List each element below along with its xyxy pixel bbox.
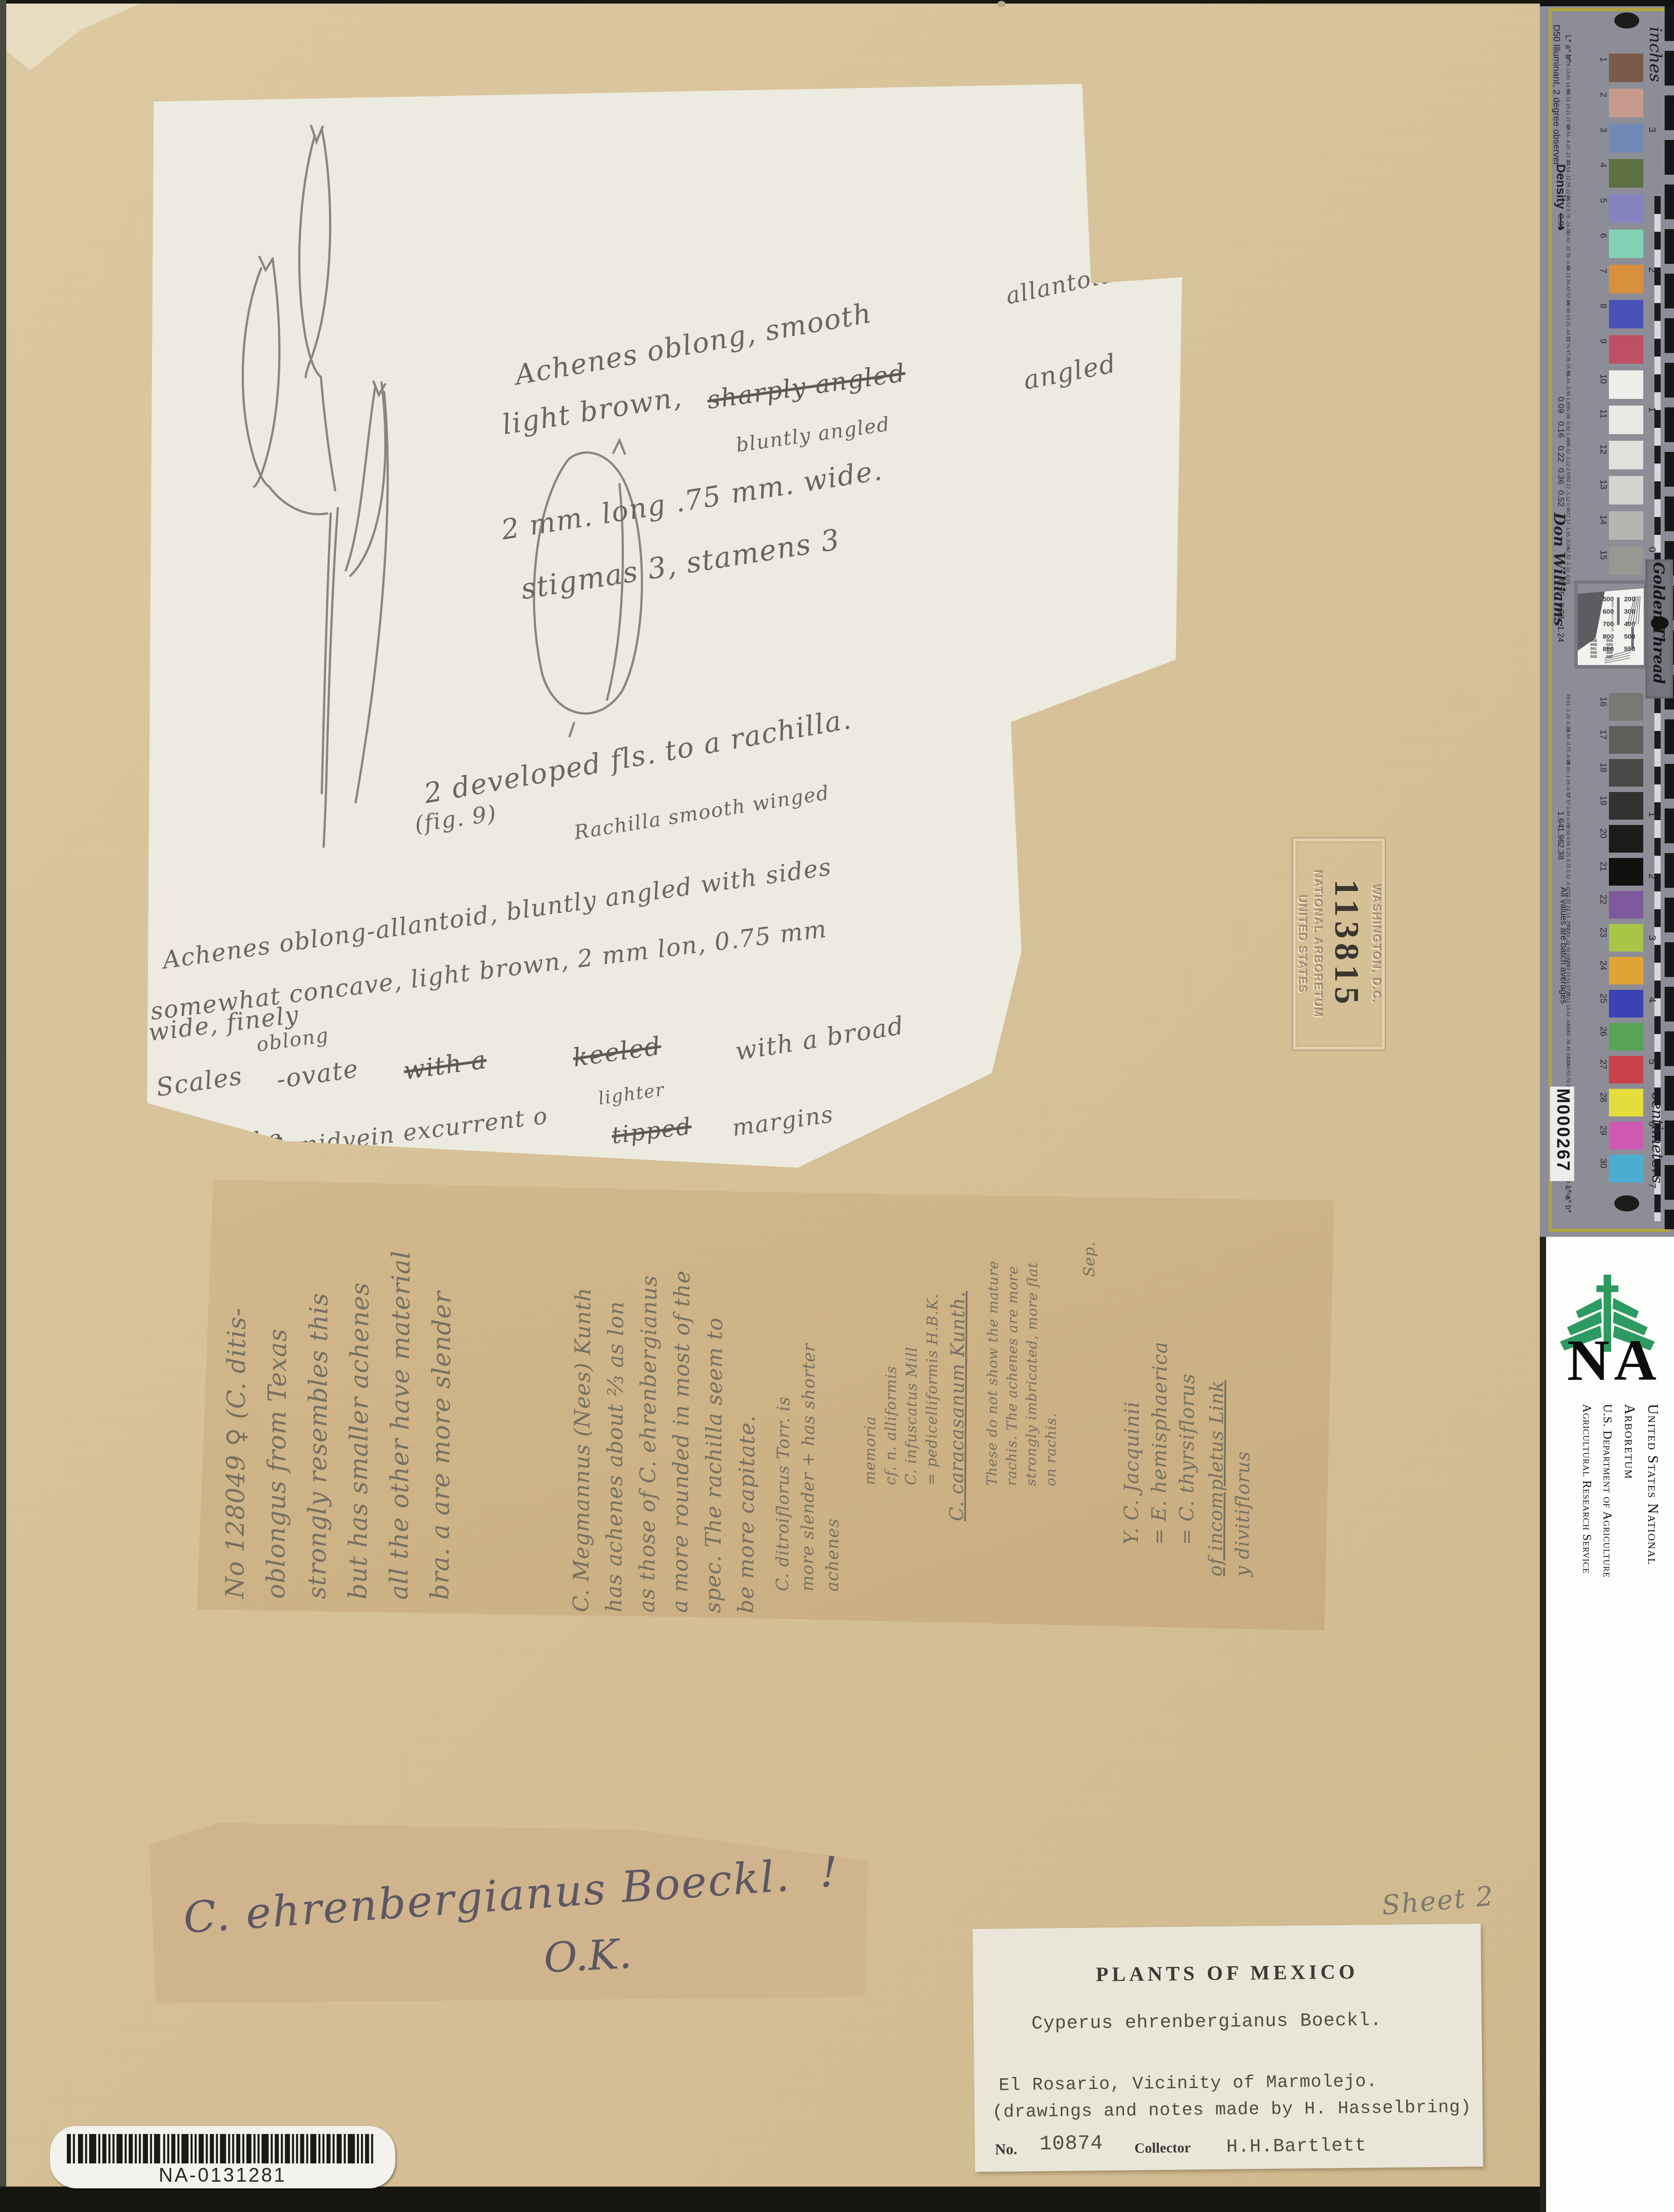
patch-lab-values: 9.50 0.65 0.25 [1565, 826, 1571, 857]
patch-lab-values: 4.33 0.32 -0.47 [1565, 859, 1571, 892]
handwriting-line: tipped [610, 1113, 693, 1149]
patch-number: 12 [1598, 444, 1608, 454]
note-column-line: strongly imbricated, more flat [1022, 1261, 1043, 1486]
patch-lab-values: 91.08 -0.92 1.46 [1565, 406, 1571, 442]
label-locality: El Rosario, Vicinity of Marmolejo. [999, 2072, 1378, 2096]
note-column-line: y divitiflorus [1229, 1380, 1257, 1577]
patch-lab-values: 55.52 8.78 -24.31 [1565, 195, 1571, 234]
patch-number: 11 [1598, 409, 1608, 419]
handwriting-line: Scales [154, 1062, 244, 1102]
patch-lab-values: 38.76 13.81 14.69 [1565, 54, 1571, 94]
patch-number: 19 [1598, 796, 1608, 805]
note-column-block: Y. C. Jacquinii= E. hemisphaerica= C. th… [1118, 1341, 1202, 1545]
illuminant-label: D50 Illuminant, 2 degree observer [1551, 25, 1562, 165]
arboretum-name: United States National Arboretum [1618, 1404, 1664, 1636]
note-column-line: as those of C. ehrenbergianus [631, 1270, 666, 1613]
color-patch-8 [1609, 300, 1643, 328]
ruler-tick-label: 5 [1646, 1059, 1658, 1064]
scanner-background-bottom [0, 2187, 1546, 2212]
handwriting-line: sharply angled [706, 358, 907, 415]
density-value: 0.75 [1555, 579, 1565, 596]
stamp-emboss-line2: NATIONAL ARBORETUM [1311, 870, 1324, 1018]
field-note-slip: No 128049 ♀ (C. ditis-oblongus from Texa… [190, 1168, 1343, 1649]
label-collector-caption: Collector [1134, 2139, 1191, 2156]
color-patch-17 [1609, 726, 1643, 754]
color-patch-6 [1609, 230, 1643, 258]
note-column-line: but has smaller achenes [338, 1250, 381, 1600]
color-patch-14 [1609, 511, 1643, 540]
res-number: 200 [1624, 595, 1635, 603]
handwriting-line: with a [402, 1045, 488, 1085]
patch-number: 18 [1598, 763, 1608, 772]
na-monogram: NA [1567, 1326, 1661, 1394]
density-value: 0.22 [1555, 446, 1565, 462]
accession-number: 113815 [1327, 879, 1367, 1009]
note-column-block: No 128049 ♀ (C. ditis-oblongus from Texa… [215, 1249, 463, 1600]
density-value: 0.52 [1555, 490, 1565, 507]
patch-number: 20 [1598, 829, 1608, 838]
handwriting-line: margins [730, 1101, 835, 1141]
patch-lab-values: 82.37 -1.12 0.56 [1565, 477, 1571, 513]
res-number-flipped: 400 [1606, 646, 1613, 651]
res-number-flipped: 600 [1590, 650, 1597, 655]
note-column-block: Sep. [1079, 1241, 1100, 1277]
patch-number: 14 [1598, 515, 1608, 525]
pin-hole [997, 1, 1005, 7]
note-column-block: of incompletus Linky divitiflorus [1202, 1380, 1257, 1577]
color-patch-15 [1609, 546, 1643, 575]
stamp-emboss-line1: UNITED STATES [1296, 895, 1309, 993]
note-column-line: = E. hemisphaerica [1145, 1341, 1174, 1545]
res-number: 500 [1624, 633, 1635, 640]
note-column-line: on rachis. [1041, 1261, 1063, 1486]
color-patch-3 [1609, 124, 1643, 152]
ruler-tick-label: 1 [1646, 812, 1658, 817]
density-value: 1.64 [1555, 811, 1565, 828]
res-number-flipped: 200 [1606, 654, 1613, 659]
barcode-bars [66, 2134, 377, 2163]
patch-lab-values: 86.92 -1.12 0.97 [1565, 442, 1571, 477]
color-patch-22 [1609, 891, 1643, 919]
color-patch-2 [1609, 89, 1643, 117]
patch-lab-values: 72.17 -1.05 -0.04 [1565, 512, 1571, 550]
ruler-tick-label: 3 [1646, 127, 1658, 132]
target-serial-label: M000267 [1550, 1087, 1574, 1181]
density-value: 0.05 [1555, 214, 1565, 230]
patch-number: 8 [1598, 304, 1608, 308]
determination-name: C. ehrenbergianus Boeckl. [182, 1851, 792, 1943]
patch-lab-values: 63.13 35.43 57.84 [1565, 266, 1571, 305]
note-column-line: more slender + has shorter [795, 1343, 821, 1592]
patch-number: 10 [1598, 374, 1608, 384]
note-column-line: C. caracasanum Kunth. [944, 1291, 971, 1522]
color-patch-23 [1609, 924, 1643, 952]
note-column-line: bra. a are more slender [420, 1251, 463, 1600]
note-column-line: strongly resembles this [297, 1250, 340, 1599]
color-patch-10 [1609, 370, 1643, 399]
inches-label: inches [1646, 27, 1666, 82]
color-patch-12 [1609, 441, 1643, 469]
patch-number: 1 [1598, 57, 1608, 62]
patch-number: 6 [1598, 233, 1608, 238]
patch-number: 7 [1598, 268, 1608, 273]
note-column-block: C. Megmannus (Nees) Kunthhas achenes abo… [565, 1270, 765, 1613]
color-patch-24 [1609, 957, 1643, 985]
density-value: 2.38 [1555, 843, 1565, 860]
ruler-tick-label: 0 [1646, 547, 1658, 552]
herbarium-scan-page: allantoidAchenes oblong, smoothlight bro… [0, 0, 1674, 2212]
patch-number: 29 [1598, 1125, 1608, 1135]
note-column-line: Sep. [1079, 1241, 1100, 1277]
note-column-line: rachis. The achenes are more [1002, 1260, 1023, 1486]
patch-number: 26 [1598, 1026, 1608, 1036]
handwriting-line: keeled [571, 1031, 663, 1072]
res-number-flipped: 800 [1590, 642, 1597, 647]
note-column-line: cf. n. alliformis [880, 1293, 902, 1485]
accession-stamp: UNITED STATES NATIONAL ARBORETUM 113815 … [1292, 837, 1386, 1051]
patch-number: 23 [1598, 927, 1608, 937]
res-number-flipped: 500 [1590, 654, 1597, 659]
label-species: Cyperus ehrenbergianus Boeckl. [1031, 2009, 1382, 2034]
barcode-number: NA-0131281 [50, 2164, 395, 2187]
patch-number: 9 [1598, 339, 1608, 344]
target-ruler-checker [1654, 196, 1661, 1221]
handwriting-line: -ovate [275, 1054, 361, 1094]
res-number-flipped: 500 [1606, 642, 1613, 647]
note-column-line: be more capitate. [730, 1271, 765, 1613]
patch-lab-values: 38.69 -0.73 -0.48 [1565, 727, 1571, 764]
patch-number: 21 [1598, 862, 1608, 871]
color-patch-5 [1609, 194, 1643, 223]
patch-lab-values: 28.80 -1.09 -0.07 [1565, 760, 1571, 797]
color-patch-21 [1609, 858, 1643, 886]
note-column-line: spec. The rachilla seem to [697, 1271, 732, 1613]
res-number-flipped: 550 [1606, 638, 1613, 643]
ruler-tick-label: 4 [1646, 997, 1658, 1002]
ruler-tick-label: 1 [1646, 407, 1658, 412]
patch-number: 17 [1598, 730, 1608, 739]
note-column-block: C. caracasanum Kunth. [944, 1291, 971, 1522]
usda-name: U.S. Department of Agriculture [1597, 1404, 1618, 1636]
golden-thread-tag: Golden Thread [1645, 559, 1673, 698]
density-value: 0.36 [1555, 468, 1565, 484]
res-number: 300 [1624, 608, 1635, 616]
stamp-emboss-line3: WASHINGTON, D.C. [1370, 884, 1383, 1004]
note-column-line: a more rounded in most of the [664, 1270, 699, 1613]
target-registration-dot-top [1614, 12, 1639, 29]
patch-lab-values: 70.42 -32.39 -0.48 [1565, 230, 1571, 271]
res-number-flipped: 850 [1590, 638, 1597, 643]
color-patch-9 [1609, 335, 1643, 364]
color-patch-30 [1609, 1155, 1643, 1182]
handwriting-line: angled [1021, 348, 1119, 395]
label-bottom-row: No. 10874 Collector H.H.Bartlett [995, 2132, 1467, 2160]
patch-lab-values: 51.75 47.36 16.93 [1565, 336, 1571, 376]
patch-lab-values: 65.15 19.21 17.92 [1565, 90, 1571, 129]
resolution-target: 5005006006007007008008008508502002003003… [1578, 584, 1644, 665]
ruler-tick-label: 3 [1646, 935, 1658, 940]
note-column-line: No 128049 ♀ (C. ditis- [215, 1249, 258, 1599]
color-patch-28 [1609, 1089, 1643, 1116]
density-value: 0.98 [1555, 603, 1565, 619]
patch-lab-values: 62.32 -1.10 -0.01 [1565, 547, 1571, 585]
color-patch-26 [1609, 1023, 1643, 1051]
patch-number: 30 [1598, 1158, 1608, 1168]
note-column-line: C. infuscatus Mill [901, 1293, 923, 1486]
label-collector-number: 10874 [1039, 2132, 1104, 2155]
patch-number: 15 [1598, 550, 1608, 560]
note-column-line: = C. thyrsiflorus [1173, 1342, 1202, 1545]
label-collector-name: H.H.Bartlett [1226, 2135, 1366, 2158]
barcode-label: NA-0131281 [50, 2126, 395, 2188]
color-patch-18 [1609, 759, 1643, 787]
note-column-block: These do not show the maturerachis. The … [982, 1260, 1063, 1486]
patch-number: 13 [1598, 480, 1608, 489]
res-number-flipped: 300 [1606, 650, 1613, 655]
density-value: 0.16 [1555, 421, 1565, 438]
ruler-tick-label: 2 [1646, 267, 1658, 272]
note-column-block: C. ditroiflorus Torr. ismore slender + h… [770, 1343, 846, 1592]
collection-label: PLANTS OF MEXICO Cyperus ehrenbergianus … [972, 1924, 1483, 2172]
note-column-line: all the other have material [379, 1250, 422, 1600]
resolution-caption: dots per inch (optical) [1611, 602, 1614, 632]
note-column-line: C. ditroiflorus Torr. is [770, 1343, 796, 1591]
golden-thread-dot [1651, 616, 1669, 630]
note-column-line: achenes [820, 1343, 846, 1592]
arboretum-caption: United States National Arboretum U.S. De… [1577, 1404, 1664, 1636]
ruler-tick-label: 6 [1646, 1121, 1658, 1126]
color-patch-25 [1609, 990, 1643, 1018]
target-registration-dot-bottom [1614, 1195, 1639, 1211]
res-number: 400 [1624, 620, 1635, 628]
determination-ok: O.K. [542, 1930, 633, 1982]
label-note: (drawings and notes made by H. Hasselbri… [992, 2097, 1472, 2122]
density-value: 1.96 [1555, 827, 1565, 844]
label-no-caption: No. [995, 2141, 1017, 2159]
note-column-line: of incompletus Link [1202, 1380, 1230, 1577]
color-patch-13 [1609, 476, 1643, 505]
patch-lab-values: 95.34 -0.90 1.90 [1565, 371, 1571, 407]
note-column-line: = pedicelliformis H.B.K. [921, 1293, 943, 1486]
ruler-tick-label: 7 [1646, 1183, 1658, 1188]
note-column-block: memoriacf. n. alliformisC. infuscatus Mi… [860, 1293, 943, 1486]
note-column-line: oblongus from Texas [256, 1249, 299, 1599]
note-column-line: These do not show the mature [982, 1260, 1004, 1486]
color-patch-19 [1609, 792, 1643, 820]
color-patch-11 [1609, 406, 1643, 434]
patch-number: 3 [1598, 127, 1608, 132]
note-column-line: C. Megmannus (Nees) Kunth [565, 1270, 600, 1613]
color-patch-7 [1609, 265, 1643, 293]
color-patch-27 [1609, 1056, 1643, 1083]
density-value: 0.09 [1555, 397, 1565, 413]
target-serial-number: M000267 [1553, 1088, 1573, 1172]
patch-lab-values: 17.97 0.04 0.09 [1565, 793, 1571, 827]
patch-number: 2 [1598, 92, 1608, 97]
note-column-line: Y. C. Jacquinii [1118, 1341, 1147, 1545]
handwriting-line: bluntly angled [734, 413, 891, 457]
color-patch-16 [1609, 693, 1643, 721]
density-value: 1.24 [1555, 626, 1565, 642]
color-patch-29 [1609, 1122, 1643, 1149]
label-title: PLANTS OF MEXICO [973, 1958, 1481, 1987]
ars-name: Agricultural Research Service [1577, 1404, 1597, 1636]
patch-number: 22 [1598, 895, 1608, 904]
patch-lab-values: 49.61 -4.20 -21.33 [1565, 125, 1571, 165]
ruler-tick-label: 2 [1646, 874, 1658, 879]
target-top-edge [1540, 0, 1674, 6]
note-column-line: memoria [860, 1293, 882, 1485]
color-patch-4 [1609, 159, 1643, 188]
patch-lab-values: 49.61 -1.29 -0.10 [1565, 694, 1571, 731]
patch-number: 4 [1598, 163, 1608, 168]
patch-number: 16 [1598, 697, 1608, 706]
patch-number: 27 [1598, 1059, 1608, 1069]
patch-number: 28 [1598, 1092, 1608, 1102]
scanner-background-left [0, 0, 6, 2212]
res-number-flipped: 700 [1590, 646, 1597, 651]
note-column-line: has achenes about ⅔ as lon [598, 1270, 633, 1613]
patch-number: 24 [1598, 960, 1608, 970]
handwriting-line: lighter [597, 1079, 666, 1109]
res-number: 550 [1624, 645, 1635, 653]
patch-number: 25 [1598, 993, 1608, 1003]
color-patch-20 [1609, 825, 1643, 853]
handwriting-line: with a broad [733, 1011, 906, 1066]
color-patch-1 [1609, 53, 1643, 82]
centimeters-label: centimeters [1648, 1092, 1666, 1183]
patch-number: 5 [1598, 198, 1608, 203]
